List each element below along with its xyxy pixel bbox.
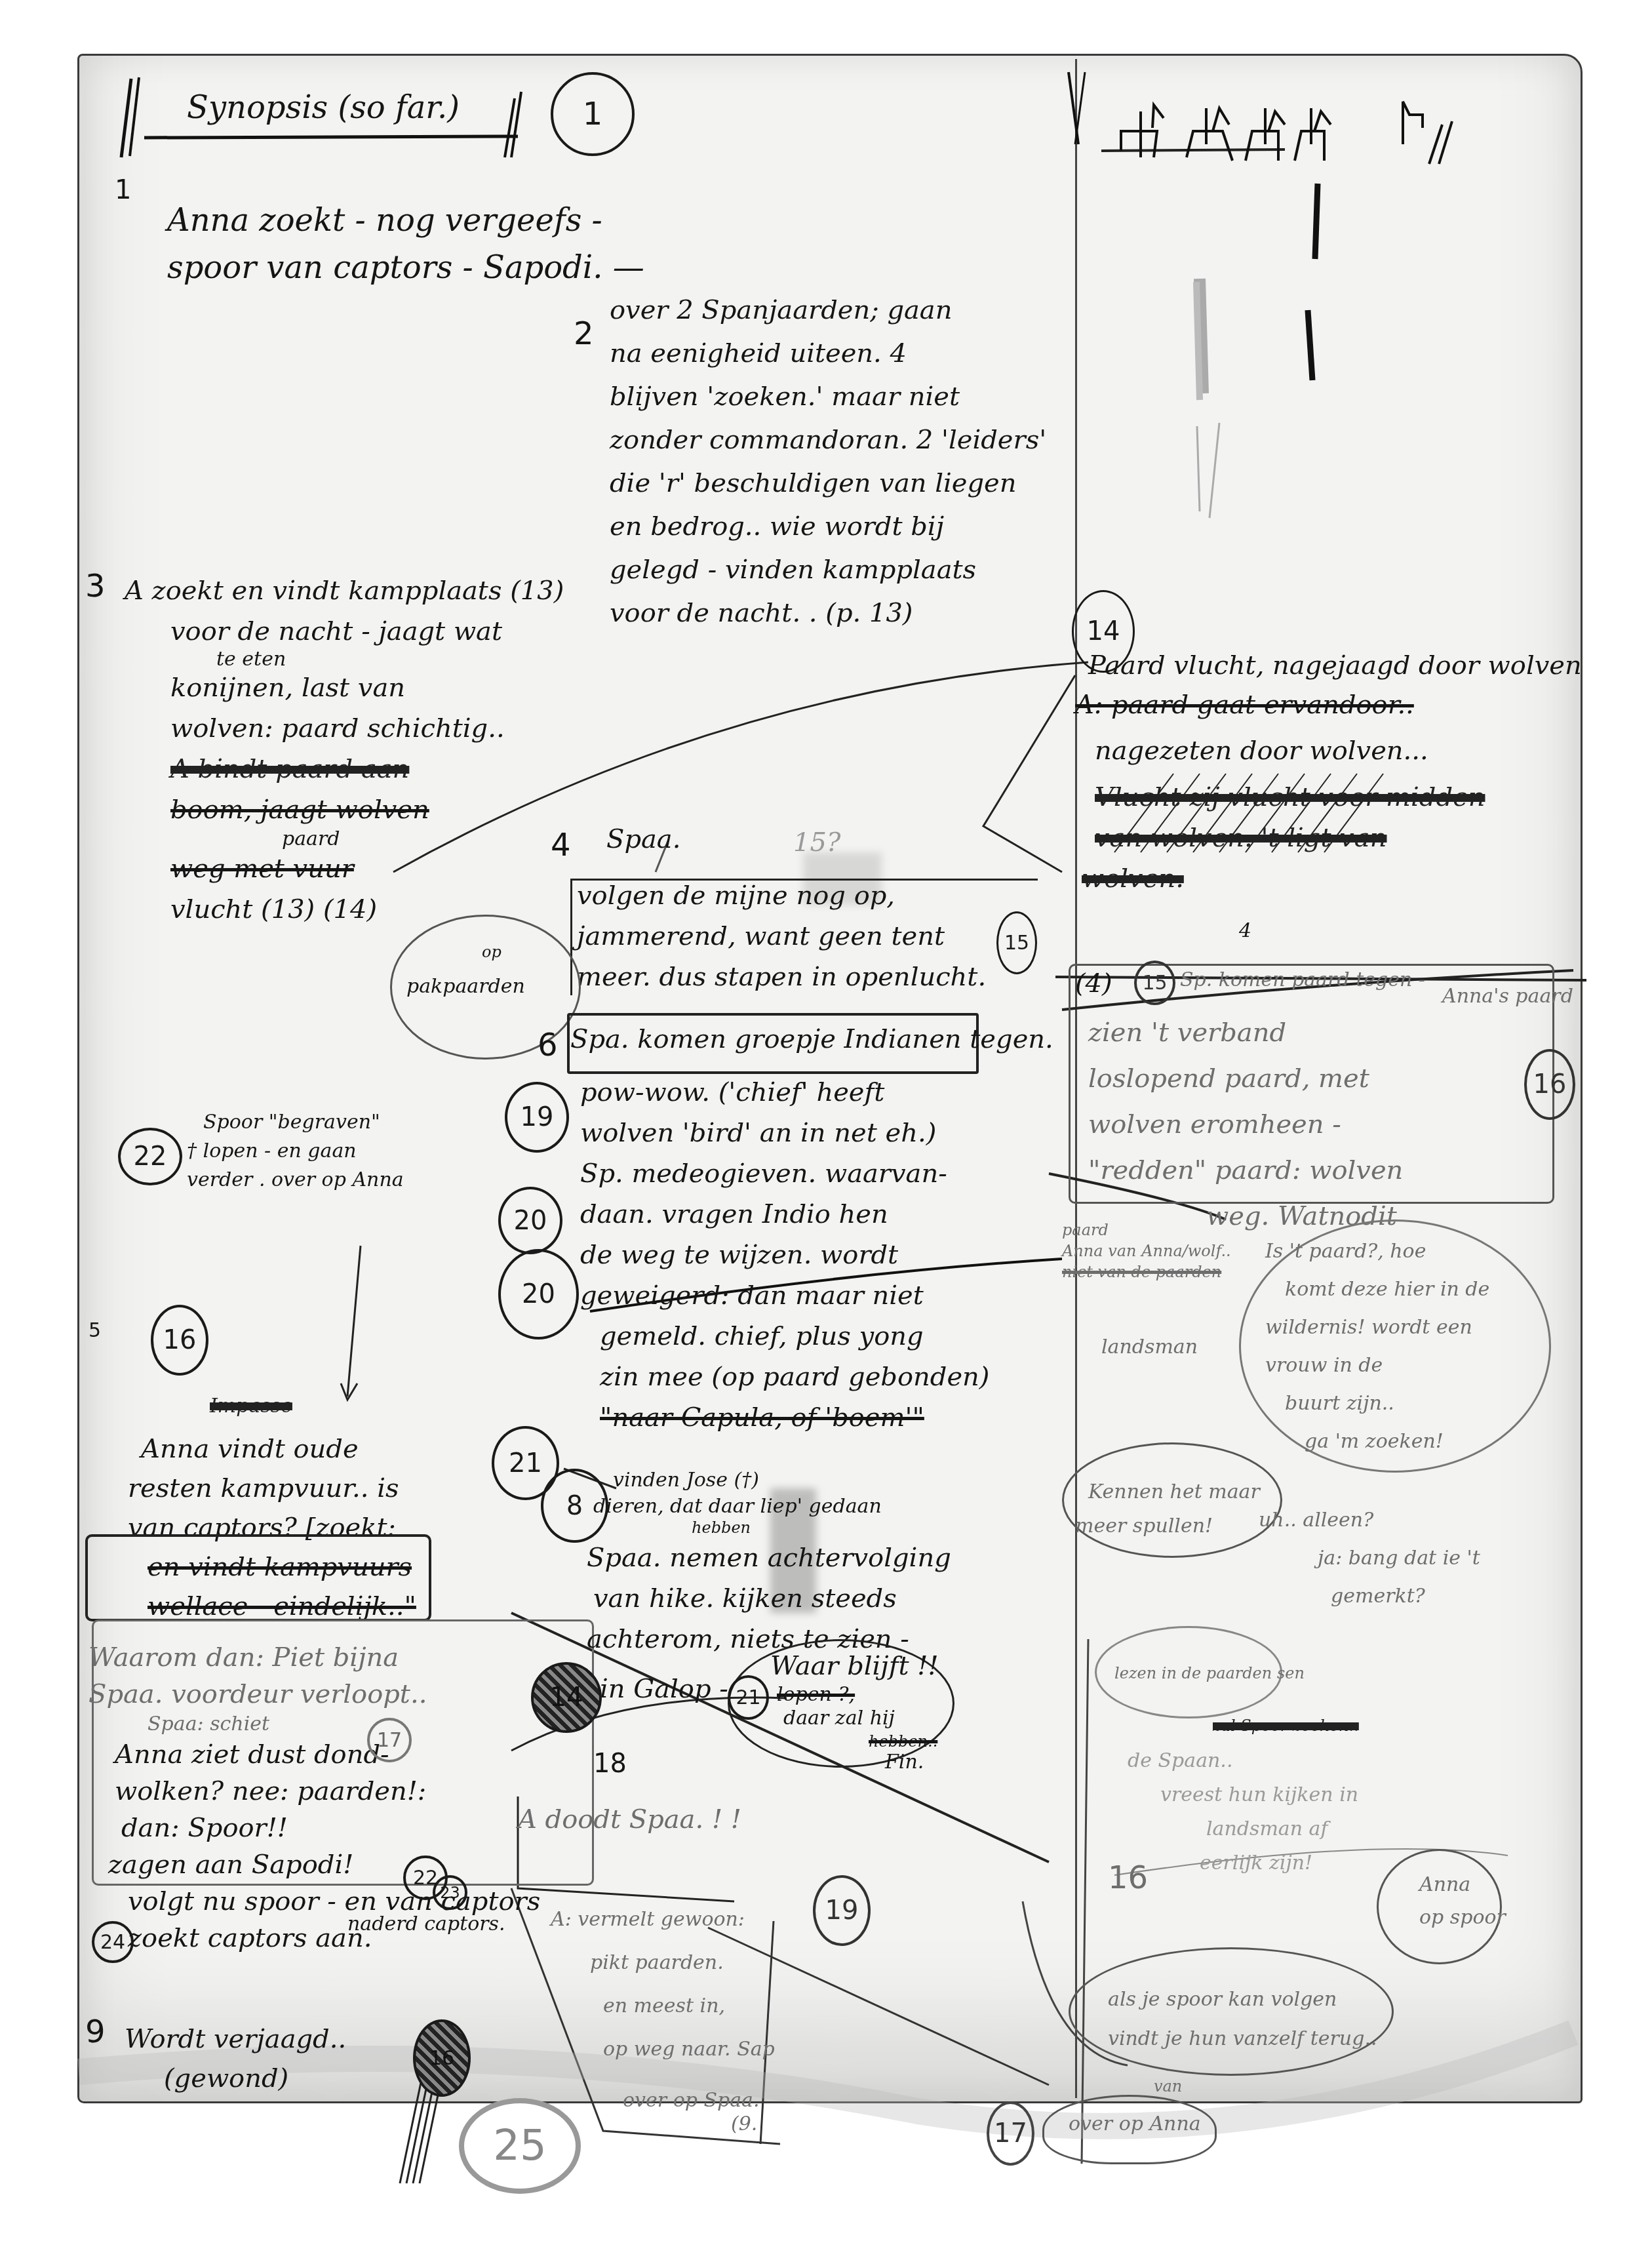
section-2-number: 2 — [574, 318, 594, 349]
section-5-line: Anna vindt oude — [128, 1429, 416, 1469]
section-4-line: jammerend, want geen tent — [577, 916, 986, 957]
dialogue-oval-text: Is 't paard?, hoe komt deze hier in de w… — [1265, 1233, 1489, 1461]
anna-op-spoor-text: Anna op spoor — [1419, 1869, 1506, 1934]
section-2-line: na eenigheid uiteen. 4 — [610, 332, 1046, 375]
dialogue-left-line: niet van de paarden — [1062, 1261, 1231, 1282]
bottom-line: over op Anna — [1069, 2114, 1201, 2134]
reply-line: gemerkt? — [1259, 1577, 1480, 1616]
speech-line: vindt je hun vanzelf terug.. — [1108, 2019, 1377, 2059]
section-4-heading: Spaa. — [606, 826, 680, 852]
section-15-prefix: (4) — [1075, 970, 1112, 997]
section-15-line: wolven eromheen - — [1088, 1101, 1403, 1147]
lower-middle-line: pikt paarden. — [551, 1941, 775, 1985]
section-3-line: wolven: paard schichtig.. — [125, 708, 564, 749]
section-1-line: spoor van captors - Sapodi. — — [167, 244, 644, 291]
section-6-struck-line: "naar Capula, of 'boem'" — [580, 1397, 989, 1438]
section-2-line: over 2 Spanjaarden; gaan — [610, 288, 1046, 332]
lower-box-line: dan: Spoor!! — [88, 1810, 540, 1846]
section-15-line: "redden" paard: wolven — [1088, 1147, 1403, 1193]
section-3-struck-line: A bindt paard aan — [125, 749, 564, 789]
ref-number: 16 — [1533, 1069, 1567, 1100]
section-2-text: over 2 Spanjaarden; gaan na eenigheid ui… — [610, 288, 1046, 635]
section-14-line: nagezeten door wolven... — [1075, 724, 1582, 777]
ref-number: 22 — [134, 1141, 167, 1172]
lower-speech-text: als je spoor kan volgen vindt je hun van… — [1108, 1980, 1377, 2059]
dialogue-line: wildernis! wordt een — [1265, 1309, 1489, 1347]
ref-circle-20: 20 — [498, 1187, 562, 1254]
section-15-line: zien 't verband — [1088, 1010, 1403, 1056]
lower-box-line: Spaa: schiet — [88, 1713, 540, 1736]
section-18-number: 18 — [593, 1751, 627, 1777]
section-6-boxed-line: Spa. komen groepje Indianen tegen. — [570, 1026, 1053, 1052]
bubble-line: meer spullen! — [1075, 1509, 1260, 1543]
bubble-line: hebben.. — [770, 1730, 939, 1753]
dialogue-left-line: paard — [1062, 1220, 1231, 1240]
ref-number: 16 — [163, 1325, 197, 1355]
dialogue-left-line: Anna van Anna/wolf.. — [1062, 1240, 1231, 1261]
hatched-ref-circle: 16 — [413, 2019, 471, 2097]
section-6-line: Sp. medeogieven. waarvan- — [580, 1153, 989, 1194]
horse-rider-sketch-icon — [1114, 98, 1468, 177]
bubble-text: Waar blijft !! lopen ?, daar zal hij heb… — [770, 1649, 939, 1772]
spoor-note-text: Spoor "begraven" † lopen - en gaan verde… — [187, 1108, 404, 1195]
ref-number: 20 — [522, 1279, 555, 1309]
ref-number: 23 — [440, 1884, 460, 1902]
section-4-text: volgen de mijne nog op, jammerend, want … — [577, 875, 986, 997]
ref-number: 19 — [825, 1895, 859, 1926]
ref-number: 21 — [736, 1686, 760, 1709]
small-note: van — [1154, 2078, 1182, 2094]
section-14-line: A: paard gaat ervandoor.. — [1075, 685, 1582, 724]
ref-number: 15 — [1004, 932, 1029, 955]
dialogue-left-note: paard Anna van Anna/wolf.. niet van de p… — [1062, 1220, 1231, 1282]
section-14-text: Paard vlucht, nagejaagd door wolven A: p… — [1075, 646, 1582, 899]
section-2-line: gelegd - vinden kampplaats — [610, 548, 1046, 591]
ref-circle-24: 24 — [92, 1921, 134, 1963]
lower-box-line: Anna ziet dust dond- — [88, 1736, 540, 1773]
section-14-struck-line: wolven. — [1075, 858, 1582, 899]
reply-line: uh.. alleen? — [1259, 1501, 1480, 1539]
section-3-number: 3 — [85, 570, 106, 602]
ref-number: 19 — [521, 1102, 554, 1132]
section-2-line: voor de nacht. . (p. 13) — [610, 591, 1046, 635]
pencil-note: 15? — [793, 829, 840, 856]
section-8-line: Spaa. nemen achtervolging — [587, 1538, 951, 1578]
lower-box-line: wolken? nee: paarden!: — [88, 1773, 540, 1810]
section-3-text: A zoekt en vindt kampplaats (13) voor de… — [125, 570, 564, 930]
section-2-line: blijven 'zoeken.' maar niet — [610, 375, 1046, 418]
section-3-struck-line: boom, jaagt wolven — [125, 789, 564, 830]
hatched-ref-circle-14: 14 — [531, 1662, 602, 1733]
section-1-line: Anna zoekt - nog vergeefs - — [167, 197, 644, 244]
ref-circle-21b: 21 — [728, 1675, 769, 1720]
inserted-note: naderd captors. — [347, 1915, 505, 1934]
section-8-line: dieren, dat daar liep' gedaan — [587, 1496, 951, 1518]
ref-number: 25 — [493, 2122, 546, 2170]
section-18-line: A doodt Spaa. ! ! — [518, 1806, 741, 1833]
section-9-text: Wordt verjaagd.. (gewond) — [125, 2019, 346, 2098]
page-number: 1 — [583, 96, 603, 132]
lower-middle-line: op weg naar. Sap — [551, 2028, 775, 2071]
section-1-text: Anna zoekt - nog vergeefs - spoor van ca… — [167, 197, 644, 291]
speech-bubble-text: Kennen het maar meer spullen! — [1075, 1475, 1260, 1543]
section-3-insert: te eten — [125, 652, 564, 667]
ref-number: 16 — [429, 2047, 454, 2070]
section-1-number: 1 — [115, 177, 131, 203]
crossed-out-box — [85, 1534, 431, 1621]
section-3-struck-line: weg met vuur — [125, 848, 564, 889]
lower-right-struck: zal Spoor zoeken.. — [1213, 1718, 1359, 1734]
section-9-line: (gewond) — [125, 2059, 346, 2098]
ref-number: 21 — [509, 1448, 542, 1478]
lower-box-text: Waarom dan: Piet bijna Spaa. voordeur ve… — [88, 1639, 540, 1956]
ref-circle-16: 16 — [1524, 1049, 1575, 1120]
section-5-number: 5 — [88, 1321, 101, 1341]
spoor-note-line: verder . over op Anna — [187, 1166, 404, 1195]
section-5-struck-word: Impasse — [210, 1397, 292, 1416]
ref-circle-23: 23 — [433, 1875, 467, 1910]
reply-line: ja: bang dat ie 't — [1259, 1539, 1480, 1577]
oval-label: pakpaarden — [406, 977, 525, 997]
landsman-label: landsman — [1101, 1338, 1198, 1357]
dialogue-line: Is 't paard?, hoe — [1265, 1233, 1489, 1271]
section-3-line: voor de nacht - jaagt wat — [125, 611, 564, 652]
reply-text: uh.. alleen? ja: bang dat ie 't gemerkt? — [1259, 1501, 1480, 1616]
page-title: Synopsis (so far.) — [187, 92, 460, 123]
lower-box-line: zagen aan Sapodi! — [88, 1846, 540, 1883]
dialogue-line: ga 'm zoeken! — [1265, 1423, 1489, 1461]
ref-circle-19b: 19 — [813, 1875, 871, 1946]
section-8-line: van hike. kijken steeds — [587, 1578, 951, 1619]
lower-middle-line: A: vermelt gewoon: — [551, 1898, 775, 1941]
ref-circle-15b: 15 — [1134, 961, 1175, 1005]
section-14-struck-line: van wolven. 't ligt van — [1075, 818, 1582, 858]
ref-number: 17 — [377, 1729, 402, 1752]
dialogue-line: vrouw in de — [1265, 1347, 1489, 1385]
ref-circle-16: 16 — [151, 1305, 208, 1376]
ref-circle-19: 19 — [505, 1082, 569, 1153]
section-16-number: 16 — [1108, 1862, 1148, 1894]
section-6-text: pow-wow. ('chief' heeft wolven 'bird' an… — [580, 1072, 989, 1438]
bubble-line: Waar blijft !! — [770, 1649, 939, 1683]
oval-small-label: op — [482, 944, 501, 960]
ref-number: 15 — [1142, 972, 1167, 995]
section-6-line: wolven 'bird' an in net eh.) — [580, 1113, 989, 1153]
bubble-line: Fin. — [770, 1753, 939, 1772]
lower-right-oval-text: lezen in de paarden sen — [1114, 1665, 1305, 1681]
lower-box-line: Waarom dan: Piet bijna — [88, 1639, 540, 1676]
section-3-insert: paard — [125, 830, 564, 848]
dialogue-line: buurt zijn.. — [1265, 1385, 1489, 1423]
page-number-circle: 1 — [551, 72, 635, 156]
lower-middle-text: A: vermelt gewoon: pikt paarden. en mees… — [551, 1898, 775, 2130]
section-6-number: 6 — [538, 1029, 558, 1061]
speech-line: als je spoor kan volgen — [1108, 1980, 1377, 2019]
lower-middle-line: en meest in, — [551, 1985, 775, 2028]
section-15-text: zien 't verband loslopend paard, met wol… — [1088, 1010, 1403, 1239]
section-14-marker: 4 — [1239, 921, 1251, 941]
section-2-line: en bedrog.. wie wordt bij — [610, 505, 1046, 548]
section-3-line: konijnen, last van — [125, 667, 564, 708]
section-8-line: hebben — [587, 1518, 951, 1538]
bubble-line: Kennen het maar — [1075, 1475, 1260, 1509]
ref-number: 24 — [100, 1931, 125, 1954]
spoor-note-line: Spoor "begraven" — [187, 1108, 404, 1137]
ref-circle-17: 17 — [367, 1718, 412, 1762]
section-4-number: 4 — [551, 829, 571, 861]
section-6-line: zin mee (op paard gebonden) — [580, 1357, 989, 1397]
section-15-top-line: Sp. komen paard tegen - — [1180, 970, 1425, 990]
footer-ref: (9. — [731, 2114, 757, 2134]
section-6-line: daan. vragen Indio hen — [580, 1194, 989, 1235]
section-8-number: 8 — [566, 1491, 583, 1521]
section-2-line: zonder commandoran. 2 'leiders' — [610, 418, 1046, 462]
section-4-line: meer. dus stapen in openlucht. — [577, 957, 986, 997]
section-14-line: Paard vlucht, nagejaagd door wolven — [1075, 646, 1582, 685]
section-9-number: 9 — [85, 2016, 106, 2048]
section-5-line: resten kampvuur.. is — [128, 1469, 416, 1508]
section-9-line: Wordt verjaagd.. — [125, 2019, 346, 2059]
pencil-line: de Spaan.. — [1128, 1744, 1358, 1778]
pencil-line: vreest hun kijken in — [1128, 1778, 1358, 1812]
section-3-line: A zoekt en vindt kampplaats (13) — [125, 570, 564, 611]
ref-circle-20b: 20 — [498, 1249, 579, 1339]
ref-circle-22: 22 — [118, 1128, 182, 1185]
ref-circle-17b: 17 — [987, 2101, 1034, 2166]
ref-circle-15: 15 — [996, 911, 1037, 974]
bubble-line: daar zal hij — [770, 1707, 939, 1730]
ref-number: 14 — [1087, 616, 1120, 646]
section-6-line: geweigerd: dan maar niet — [580, 1275, 989, 1316]
lower-right-pencil-text: de Spaan.. vreest hun kijken in landsman… — [1128, 1744, 1358, 1880]
ref-number: 20 — [514, 1206, 547, 1236]
pencil-line: eerlijk zijn! — [1128, 1846, 1358, 1880]
section-6-line: de weg te wijzen. wordt — [580, 1235, 989, 1275]
section-15-line: loslopend paard, met — [1088, 1056, 1403, 1101]
spoor-note-line: † lopen - en gaan — [187, 1137, 404, 1166]
bubble-line: lopen ?, — [770, 1683, 939, 1707]
lower-box-line: Spaa. voordeur verloopt.. — [88, 1676, 540, 1713]
circle-note-line: op spoor — [1419, 1901, 1506, 1934]
dialogue-line: komt deze hier in de — [1265, 1271, 1489, 1309]
section-6-line: pow-wow. ('chief' heeft — [580, 1072, 989, 1113]
section-14-struck-line: Vlucht zij vlucht voor midden — [1075, 777, 1582, 818]
pencil-line: landsman af — [1128, 1812, 1358, 1846]
section-2-line: die 'r' beschuldigen van liegen — [610, 462, 1046, 505]
section-6-line: gemeld. chief, plus yong — [580, 1316, 989, 1357]
section-15-side-note: Anna's paard — [1442, 987, 1573, 1006]
circle-note-line: Anna — [1419, 1869, 1506, 1901]
section-8-line: vinden Jose (†) — [587, 1465, 951, 1496]
ref-number: 17 — [994, 2118, 1027, 2149]
section-4-line: volgen de mijne nog op, — [577, 875, 986, 916]
ref-number: 14 — [550, 1682, 583, 1713]
